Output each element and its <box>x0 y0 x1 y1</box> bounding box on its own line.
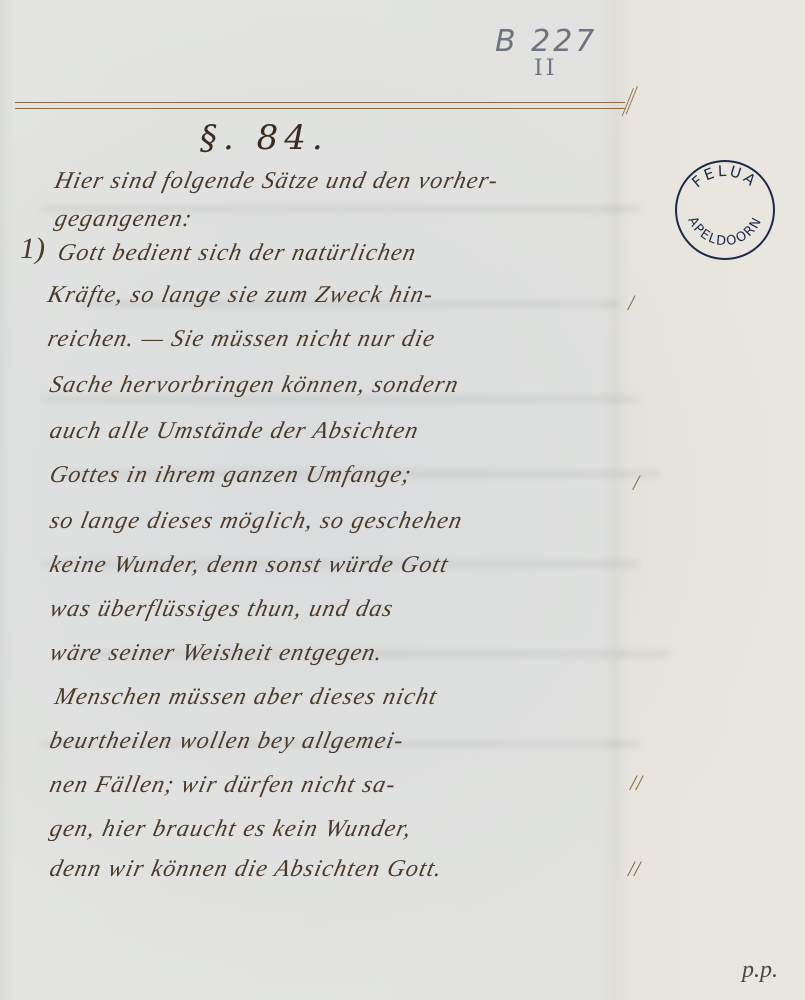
text-line-15: nen Fällen; wir dürfen nicht sa- <box>47 772 398 799</box>
text-line-11: was überflüssiges thun, und das <box>47 596 396 623</box>
correction-mark: / <box>633 470 639 496</box>
text-line-1: Hier sind folgende Sätze und den vorher- <box>52 168 501 195</box>
header-rule-top <box>15 102 625 103</box>
text-line-6: Sache hervorbringen können, sondern <box>47 372 461 399</box>
correction-mark: // <box>630 770 642 796</box>
text-line-16: gen, hier braucht es kein Wunder, <box>47 816 414 843</box>
stamp-top-text: FELUA <box>688 162 761 191</box>
margin-marker: 1) <box>20 232 45 266</box>
text-line-12: wäre seiner Weisheit entgegen. <box>47 640 386 667</box>
text-line-4: Kräfte, so lange sie zum Zweck hin- <box>45 282 436 309</box>
text-line-7: auch alle Umstände der Absichten <box>47 418 421 445</box>
text-line-8: Gottes in ihrem ganzen Umfange; <box>47 462 414 489</box>
section-heading: §. 84. <box>200 118 329 158</box>
correction-mark: // <box>628 856 640 882</box>
text-line-9: so lange dieses möglich, so geschehen <box>47 508 465 535</box>
text-line-2: gegangenen: <box>52 206 195 233</box>
header-rule-bottom <box>15 108 625 109</box>
text-line-14: beurtheilen wollen bey allgemei- <box>47 728 406 755</box>
text-line-13: Menschen müssen aber dieses nicht <box>52 684 440 711</box>
text-line-5: reichen. — Sie müssen nicht nur die <box>45 326 438 353</box>
text-line-17: denn wir können die Absichten Gott. <box>47 856 445 883</box>
library-stamp: FELUA APELDOORN <box>673 158 777 262</box>
correction-mark: / <box>628 290 634 316</box>
shelfmark-volume: II <box>534 56 557 81</box>
footer-note: p.p. <box>742 957 778 984</box>
stamp-bottom-text: APELDOORN <box>685 214 766 249</box>
text-line-10: keine Wunder, denn sonst würde Gott <box>47 552 451 579</box>
text-line-3: Gott bedient sich der natürlichen <box>55 240 419 267</box>
shelfmark-code: B 227 <box>495 24 597 59</box>
manuscript-page: B 227 II §. 84. 1) FELUA APELDOORN Hier … <box>0 0 805 1000</box>
